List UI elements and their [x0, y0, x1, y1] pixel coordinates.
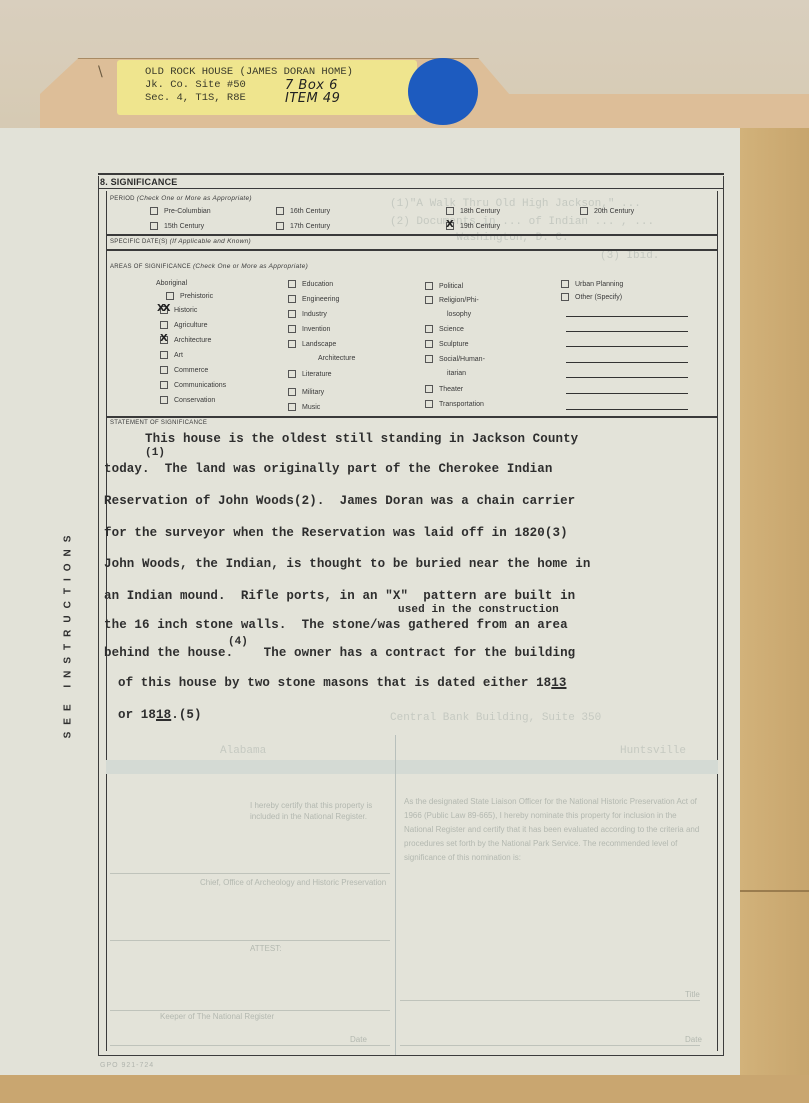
checkbox-architecture[interactable]: Architecture [160, 336, 211, 344]
checkbox-box[interactable] [160, 381, 168, 389]
checkbox-box[interactable] [150, 222, 158, 230]
divider [106, 416, 718, 418]
checkbox-box-checked[interactable] [160, 336, 168, 344]
bleed-through-attest: ATTEST: [250, 944, 281, 953]
checkbox-other-specify[interactable]: Other (Specify) [561, 293, 622, 301]
other-specify-line[interactable] [566, 362, 688, 363]
other-specify-line[interactable] [566, 331, 688, 332]
checkbox-box[interactable] [288, 340, 296, 348]
checkbox-box[interactable] [425, 355, 433, 363]
bleed-through-line: (3) Ibid. [600, 250, 659, 262]
faded-band [106, 760, 718, 774]
checkbox-box[interactable] [160, 396, 168, 404]
specific-dates-label: SPECIFIC DATE(S) (If Applicable and Know… [110, 238, 251, 245]
checkbox-art[interactable]: Art [160, 351, 183, 359]
other-specify-line[interactable] [566, 316, 688, 317]
section-number: 8. [100, 177, 108, 187]
pencil-tick-mark: \ [98, 64, 103, 80]
footnote-4: (4) [228, 636, 248, 648]
section-title: SIGNIFICANCE [111, 177, 178, 187]
checkbox-15th-century[interactable]: 15th Century [150, 222, 204, 230]
bleed-through-line: Alabama [220, 745, 266, 757]
statement-line: This house is the oldest still standing … [145, 432, 578, 446]
statement-line-last: or 1818.(5) [118, 708, 202, 722]
checkbox-box[interactable] [288, 325, 296, 333]
faded-signature-line [110, 1045, 390, 1046]
statement-line: an Indian mound. Rifle ports, in an "X" … [104, 589, 575, 603]
checkbox-box[interactable] [160, 321, 168, 329]
checkbox-box[interactable] [288, 295, 296, 303]
checkbox-religion-philosophy[interactable]: Religion/Phi- [425, 296, 479, 304]
checkbox-box[interactable] [561, 280, 569, 288]
bleed-through-chief: Chief, Office of Archeology and Historic… [200, 878, 386, 887]
checkbox-box-checked[interactable] [446, 222, 454, 230]
checkbox-box[interactable] [288, 403, 296, 411]
checkbox-box[interactable] [425, 325, 433, 333]
checkbox-box[interactable] [425, 385, 433, 393]
checkbox-industry[interactable]: Industry [288, 310, 327, 318]
checkbox-urban-planning[interactable]: Urban Planning [561, 280, 623, 288]
checkbox-box[interactable] [276, 207, 284, 215]
other-specify-line[interactable] [566, 377, 688, 378]
checkbox-box[interactable] [288, 370, 296, 378]
checkbox-theater[interactable]: Theater [425, 385, 463, 393]
statement-line-date: of this house by two stone masons that i… [118, 676, 566, 690]
checkbox-box[interactable] [160, 366, 168, 374]
checkbox-military[interactable]: Military [288, 388, 324, 396]
statement-line: behind the house. The owner has a contra… [104, 646, 575, 660]
statement-line: the 16 inch stone walls. The stone/was g… [104, 618, 568, 632]
checkbox-box[interactable] [425, 296, 433, 304]
checkbox-historic[interactable]: Historic [160, 306, 197, 314]
checkbox-literature[interactable]: Literature [288, 370, 332, 378]
checkbox-agriculture[interactable]: Agriculture [160, 321, 207, 329]
bleed-through-date: Date [685, 1035, 702, 1044]
checkbox-engineering[interactable]: Engineering [288, 295, 339, 303]
faded-signature-line [110, 940, 390, 941]
checkbox-20th-century[interactable]: 20th Century [580, 207, 634, 215]
checkbox-conservation[interactable]: Conservation [160, 396, 215, 404]
label-site: Jk. Co. Site #50 [145, 79, 285, 92]
other-specify-line[interactable] [566, 393, 688, 394]
label-section: Sec. 4, T1S, R8E [145, 92, 285, 105]
section-header: 8. SIGNIFICANCE [98, 173, 724, 189]
bleed-through-line: Huntsville [620, 745, 686, 757]
checkbox-box[interactable] [580, 207, 588, 215]
bleed-through-title: Title [685, 990, 700, 999]
faded-signature-line [110, 1010, 390, 1011]
checkbox-political[interactable]: Political [425, 282, 463, 290]
faded-signature-line [400, 1000, 700, 1001]
checkbox-invention[interactable]: Invention [288, 325, 330, 333]
folder-edge [740, 128, 809, 1103]
bleed-through-line: (2) Documents in ... of Indian ... , ... [390, 216, 654, 228]
checkbox-sculpture[interactable]: Sculpture [425, 340, 469, 348]
checkbox-landscape-architecture[interactable]: Landscape [288, 340, 336, 348]
checkbox-box[interactable] [288, 310, 296, 318]
statement-line: for the surveyor when the Reservation wa… [104, 526, 568, 540]
statement-line: Reservation of John Woods(2). James Dora… [104, 494, 575, 508]
see-instructions-margin: SEE INSTRUCTIONS [58, 478, 78, 788]
period-label: PERIOD (Check One or More as Appropriate… [110, 195, 252, 202]
checkbox-communications[interactable]: Communications [160, 381, 226, 389]
checkbox-16th-century[interactable]: 16th Century [276, 207, 330, 215]
checkbox-box[interactable] [150, 207, 158, 215]
social-continuation: itarian [447, 370, 466, 377]
checkbox-box[interactable] [288, 280, 296, 288]
landscape-continuation: Architecture [318, 355, 355, 362]
checkbox-box[interactable] [288, 388, 296, 396]
checkbox-science[interactable]: Science [425, 325, 464, 333]
other-specify-line[interactable] [566, 409, 688, 410]
bleed-through-nomination: As the designated State Liaison Officer … [404, 795, 704, 865]
checkbox-music[interactable]: Music [288, 403, 320, 411]
checkbox-box[interactable] [166, 292, 174, 300]
statement-insertion: used in the construction [398, 604, 559, 616]
statement-label: STATEMENT OF SIGNIFICANCE [110, 420, 207, 426]
checkbox-prehistoric[interactable]: Prehistoric [166, 292, 213, 300]
checkbox-box[interactable] [561, 293, 569, 301]
checkbox-17th-century[interactable]: 17th Century [276, 222, 330, 230]
checkbox-box[interactable] [425, 282, 433, 290]
checkbox-education[interactable]: Education [288, 280, 333, 288]
other-specify-line[interactable] [566, 346, 688, 347]
blue-sticker-dot [408, 58, 478, 125]
checkbox-box-checked[interactable] [160, 306, 168, 314]
bleed-through-line: Central Bank Building, Suite 350 [390, 712, 601, 724]
checkbox-box[interactable] [446, 207, 454, 215]
areas-label: AREAS OF SIGNIFICANCE (Check One or More… [110, 263, 308, 270]
divider [106, 234, 718, 236]
checkbox-box[interactable] [425, 400, 433, 408]
divider [106, 249, 718, 251]
folder-bottom-edge [0, 1075, 809, 1103]
folder-crease [740, 890, 809, 892]
label-item-handwritten: ITEM 49 [285, 92, 340, 105]
checkbox-19th-century[interactable]: 19th Century [446, 222, 500, 230]
bleed-through-date: Date [350, 1035, 367, 1044]
checkbox-box[interactable] [160, 351, 168, 359]
folder-label: OLD ROCK HOUSE (JAMES DORAN HOME) Jk. Co… [117, 60, 417, 115]
faded-column-divider [395, 735, 396, 1055]
checkbox-box[interactable] [276, 222, 284, 230]
checkbox-18th-century[interactable]: 18th Century [446, 207, 500, 215]
statement-line: John Woods, the Indian, is thought to be… [104, 557, 590, 571]
footnote-1: (1) [145, 447, 165, 459]
checkbox-box[interactable] [425, 340, 433, 348]
faded-signature-line [110, 873, 390, 874]
checkbox-commerce[interactable]: Commerce [160, 366, 208, 374]
faded-signature-line [400, 1045, 700, 1046]
religion-continuation: losophy [447, 311, 471, 318]
checkbox-pre-columbian[interactable]: Pre-Columbian [150, 207, 211, 215]
statement-line: today. The land was originally part of t… [104, 462, 552, 476]
form-footer-code: GPO 921-724 [100, 1062, 154, 1069]
bleed-through-keeper: Keeper of The National Register [160, 1012, 274, 1021]
bleed-through-certify: I hereby certify that this property is i… [250, 800, 390, 822]
checkbox-social-humanitarian[interactable]: Social/Human- [425, 355, 485, 363]
checkbox-transportation[interactable]: Transportation [425, 400, 484, 408]
aboriginal-label: Aboriginal [156, 280, 187, 287]
